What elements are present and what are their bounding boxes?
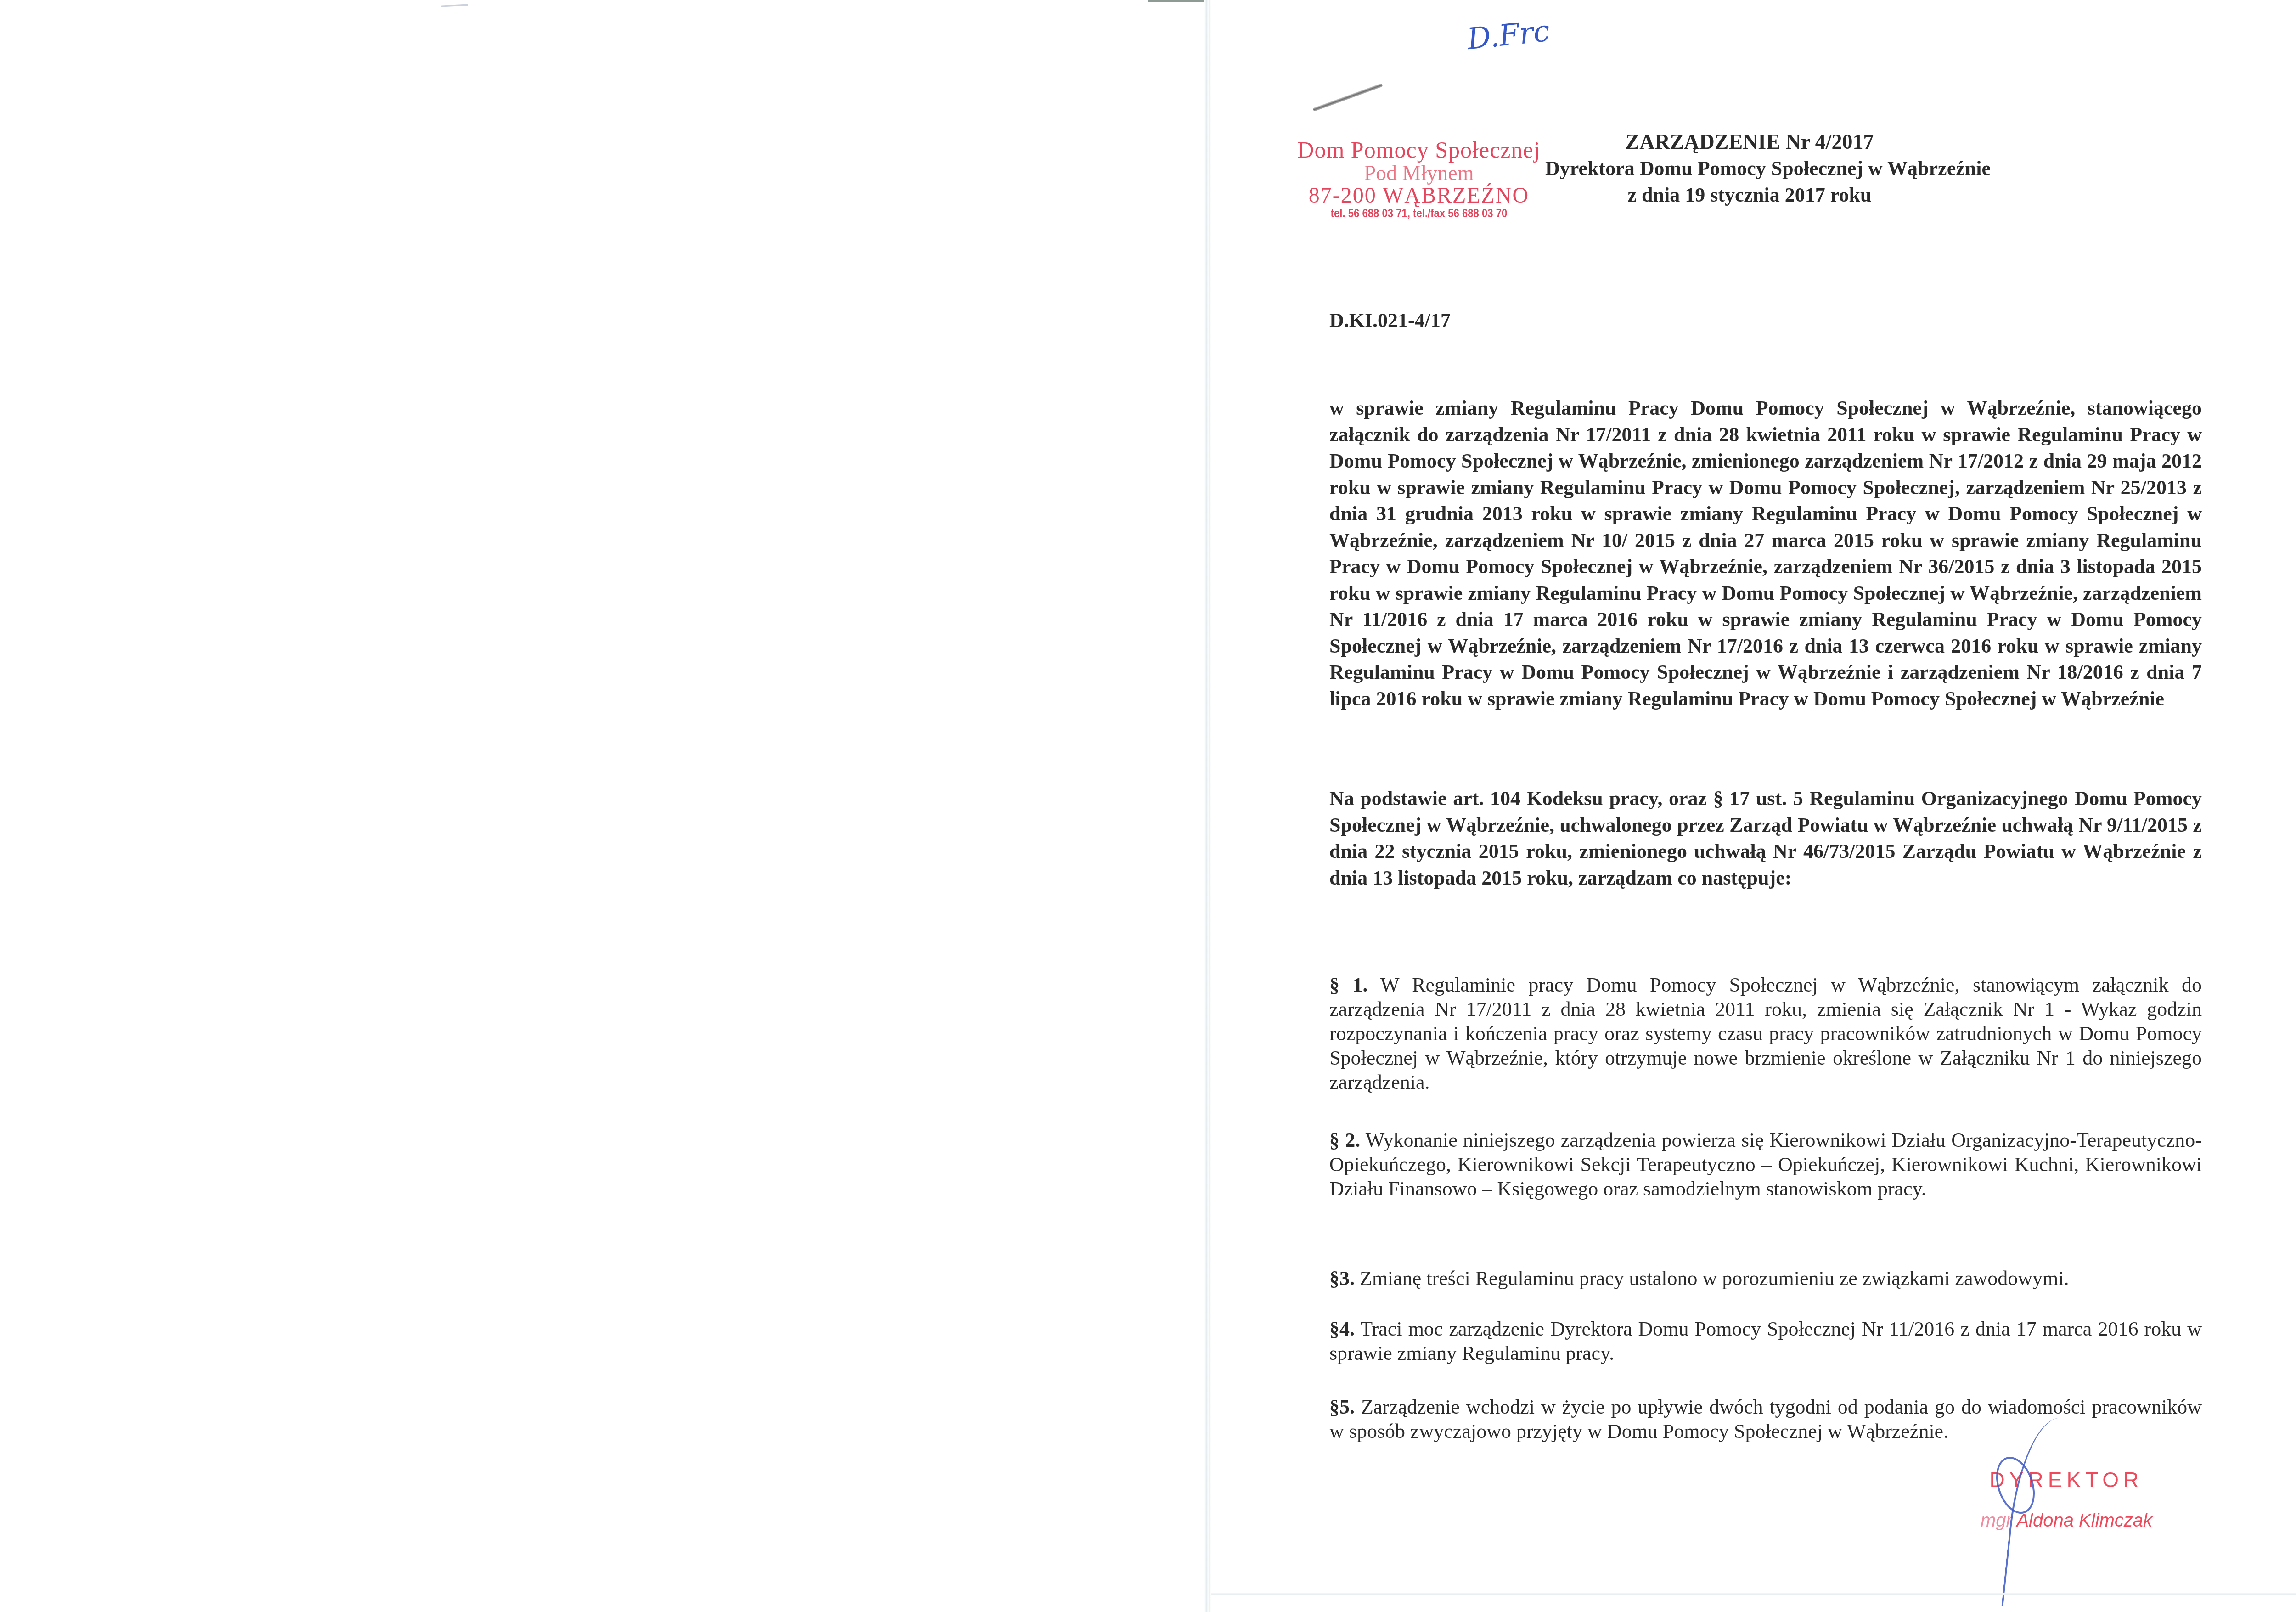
paragraph-number: § 2. [1329,1129,1360,1151]
paragraph-text: W Regulaminie pracy Domu Pomocy Społeczn… [1329,974,2202,1093]
paragraph-text: Traci moc zarządzenie Dyrektora Domu Pom… [1329,1318,2202,1364]
heading-date: z dnia 19 stycznia 2017 roku [1456,182,2043,209]
paragraph-number: §3. [1329,1267,1355,1290]
reference-number: D.KI.021-4/17 [1329,309,1451,332]
page-fold-edge [1204,0,1211,1612]
heading-issuer: Dyrektora Domu Pomocy Społecznej w Wąbrz… [1492,155,2043,182]
paragraph-number: §4. [1329,1318,1355,1340]
paragraph-3: §3. Zmianę treści Regulaminu pracy ustal… [1329,1266,2202,1291]
legal-basis: Na podstawie art. 104 Kodeksu pracy, ora… [1329,785,2202,891]
stamp-line-4: tel. 56 688 03 71, tel./fax 56 688 03 70 [1306,207,1532,220]
document-heading: ZARZĄDZENIE Nr 4/2017 Dyrektora Domu Pom… [1492,129,2043,209]
paragraph-4: §4. Traci moc zarządzenie Dyrektora Domu… [1329,1317,2202,1365]
page-bottom-edge [1211,1593,2296,1595]
paragraph-2: § 2. Wykonanie niniejszego zarządzenia p… [1329,1128,2202,1201]
heading-title: ZARZĄDZENIE Nr 4/2017 [1456,129,2043,155]
paragraph-1: § 1. W Regulaminie pracy Domu Pomocy Spo… [1329,973,2202,1094]
paragraph-number: § 1. [1329,974,1367,996]
paragraph-text: Wykonanie niniejszego zarządzenia powier… [1329,1129,2202,1200]
paragraph-number: §5. [1329,1396,1355,1418]
blank-left-page [0,0,1205,1612]
paragraph-text: Zmianę treści Regulaminu pracy ustalono … [1355,1267,2069,1290]
preamble: w sprawie zmiany Regulaminu Pracy Domu P… [1329,395,2202,712]
page-top-edge [1148,0,1208,2]
